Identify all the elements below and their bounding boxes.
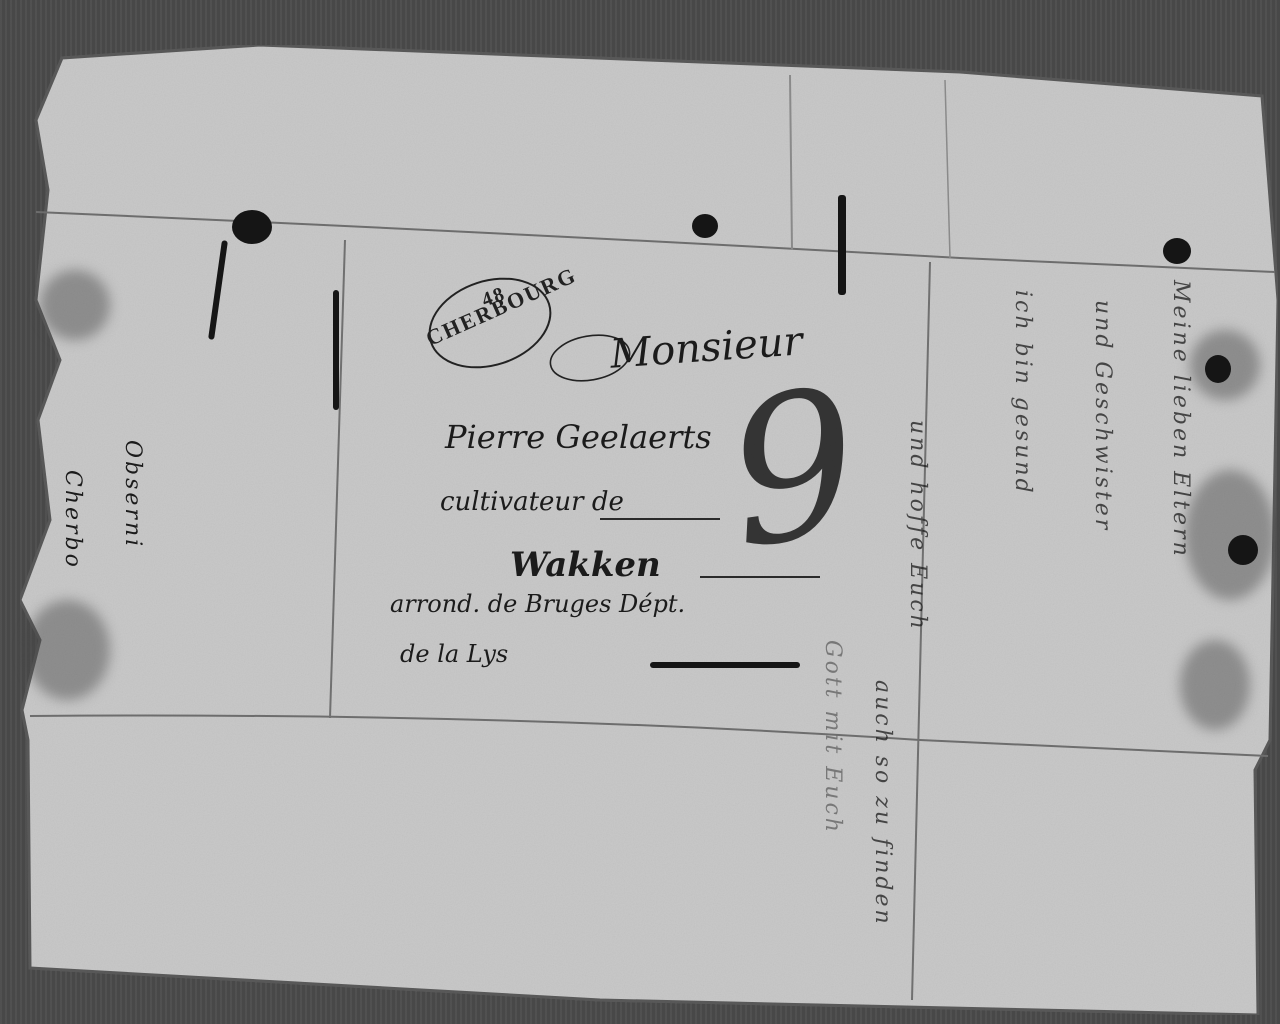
address-occupation: cultivateur de — [440, 487, 624, 517]
ink-blot — [1163, 238, 1191, 264]
address-closing-stroke — [650, 662, 800, 668]
bleed-through-text: und hoffe Euch — [905, 420, 930, 632]
address-department: de la Lys — [400, 640, 508, 668]
ink-blot — [1205, 355, 1231, 383]
occupation-underline — [600, 518, 720, 520]
bleed-through-text: und Geschwister — [1090, 300, 1115, 532]
bleed-through-text: auch so zu finden — [870, 680, 895, 927]
address-name: Pierre Geelaerts — [445, 418, 712, 456]
letter-paper — [0, 0, 1280, 1024]
water-stain — [25, 600, 110, 700]
water-stain — [1180, 640, 1250, 730]
bleed-through-text: ich bin gesund — [1010, 290, 1035, 496]
water-stain — [40, 270, 110, 340]
ink-drip — [333, 290, 339, 410]
ink-blot — [692, 214, 718, 238]
margin-note-line2: Cherbo — [60, 470, 85, 570]
water-stain — [1185, 470, 1275, 600]
margin-note-line1: Obserni — [120, 440, 145, 549]
address-district: arrond. de Bruges Dépt. — [390, 590, 685, 618]
bleed-through-text: Meine lieben Eltern — [1168, 280, 1193, 559]
bleed-through-text: Gott mit Euch — [820, 640, 845, 835]
ink-blot — [232, 210, 272, 244]
ink-blot — [1228, 535, 1258, 565]
ink-drip — [838, 195, 846, 295]
address-place: Wakken — [510, 545, 661, 585]
